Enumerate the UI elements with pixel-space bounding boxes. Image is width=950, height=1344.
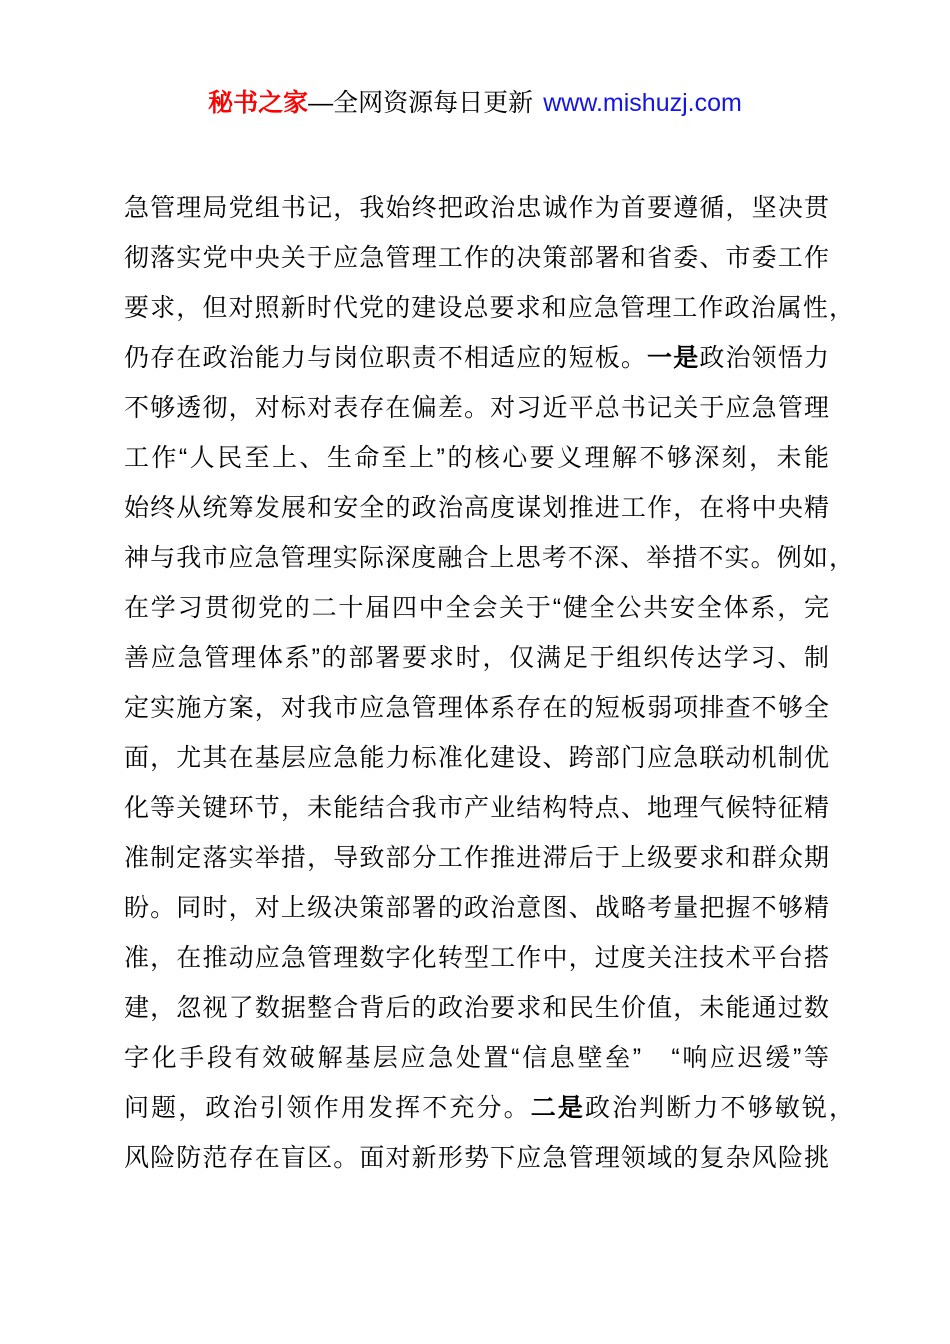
body-line: 在学习贯彻党的二十届四中全会关于“健全公共安全体系，完	[124, 583, 829, 633]
text-run: 工作“人民至上、生命至上”的核心要义理解不够深刻，未能	[124, 444, 829, 472]
text-run: 准制定落实举措，导致部分工作推进滞后于上级要求和群众期	[124, 844, 829, 872]
site-url-link[interactable]: www.mishuzj.com	[543, 89, 742, 117]
document-body: 急管理局党组书记，我始终把政治忠诚作为首要遵循，坚决贯彻落实党中央关于应急管理工…	[124, 183, 829, 1183]
body-line: 工作“人民至上、生命至上”的核心要义理解不够深刻，未能	[124, 433, 829, 483]
text-run: 建，忽视了数据整合背后的政治要求和民生价值，未能通过数	[124, 994, 829, 1022]
body-line: 风险防范存在盲区。面对新形势下应急管理领域的复杂风险挑	[124, 1133, 829, 1183]
body-line: 要求，但对照新时代党的建设总要求和应急管理工作政治属性，	[124, 283, 854, 333]
body-line: 善应急管理体系”的部署要求时，仅满足于组织传达学习、制	[124, 633, 829, 683]
body-line: 始终从统筹发展和安全的政治高度谋划推进工作，在将中央精	[124, 483, 829, 533]
text-run: 字化手段有效破解基层应急处置“信息壁垒” “响应迟缓”等	[124, 1044, 829, 1072]
text-run: 急管理局党组书记，我始终把政治忠诚作为首要遵循，坚决贯	[124, 194, 829, 222]
body-line: 定实施方案，对我市应急管理体系存在的短板弱项排查不够全	[124, 683, 829, 733]
bold-text-run: 二是	[531, 1094, 585, 1122]
text-run: 风险防范存在盲区。面对新形势下应急管理领域的复杂风险挑	[124, 1144, 829, 1172]
text-run: 要求，但对照新时代党的建设总要求和应急管理工作政治属性，	[124, 294, 854, 322]
body-line: 化等关键环节，未能结合我市产业结构特点、地理气候特征精	[124, 783, 829, 833]
body-line: 建，忽视了数据整合背后的政治要求和民生价值，未能通过数	[124, 983, 829, 1033]
text-run: 善应急管理体系”的部署要求时，仅满足于组织传达学习、制	[124, 644, 829, 672]
text-run: 始终从统筹发展和安全的政治高度谋划推进工作，在将中央精	[124, 494, 829, 522]
text-run: 政治判断力不够敏锐，	[585, 1094, 854, 1122]
text-run: 盼。同时，对上级决策部署的政治意图、战略考量把握不够精	[124, 894, 829, 922]
body-line: 盼。同时，对上级决策部署的政治意图、战略考量把握不够精	[124, 883, 829, 933]
body-line: 彻落实党中央关于应急管理工作的决策部署和省委、市委工作	[124, 233, 829, 283]
text-run: 仍存在政治能力与岗位职责不相适应的短板。	[124, 344, 647, 372]
text-run: 准，在推动应急管理数字化转型工作中，过度关注技术平台搭	[124, 944, 829, 972]
body-line: 字化手段有效破解基层应急处置“信息壁垒” “响应迟缓”等	[124, 1033, 829, 1083]
text-run: 问题，政治引领作用发挥不充分。	[124, 1094, 531, 1122]
document-page: 秘书之家—全网资源每日更新www.mishuzj.com 急管理局党组书记，我始…	[0, 0, 950, 1344]
body-line: 面，尤其在基层应急能力标准化建设、跨部门应急联动机制优	[124, 733, 829, 783]
bold-text-run: 一是	[647, 344, 699, 372]
text-run: 神与我市应急管理实际深度融合上思考不深、举措不实。例如，	[124, 544, 854, 572]
text-run: 面，尤其在基层应急能力标准化建设、跨部门应急联动机制优	[124, 744, 829, 772]
text-run: 化等关键环节，未能结合我市产业结构特点、地理气候特征精	[124, 794, 829, 822]
body-line: 问题，政治引领作用发挥不充分。二是政治判断力不够敏锐，	[124, 1083, 854, 1133]
body-line: 神与我市应急管理实际深度融合上思考不深、举措不实。例如，	[124, 533, 854, 583]
text-run: 彻落实党中央关于应急管理工作的决策部署和省委、市委工作	[124, 244, 829, 272]
body-line: 准，在推动应急管理数字化转型工作中，过度关注技术平台搭	[124, 933, 829, 983]
site-name: 秘书之家	[208, 89, 308, 117]
site-header: 秘书之家—全网资源每日更新www.mishuzj.com	[0, 84, 950, 122]
body-line: 急管理局党组书记，我始终把政治忠诚作为首要遵循，坚决贯	[124, 183, 829, 233]
text-run: 不够透彻，对标对表存在偏差。对习近平总书记关于应急管理	[124, 394, 829, 422]
site-tagline: —全网资源每日更新	[308, 89, 533, 117]
body-line: 不够透彻，对标对表存在偏差。对习近平总书记关于应急管理	[124, 383, 829, 433]
text-run: 政治领悟力	[699, 344, 829, 372]
body-line: 准制定落实举措，导致部分工作推进滞后于上级要求和群众期	[124, 833, 829, 883]
body-line: 仍存在政治能力与岗位职责不相适应的短板。一是政治领悟力	[124, 333, 829, 383]
text-run: 在学习贯彻党的二十届四中全会关于“健全公共安全体系，完	[124, 594, 829, 622]
text-run: 定实施方案，对我市应急管理体系存在的短板弱项排查不够全	[124, 694, 829, 722]
